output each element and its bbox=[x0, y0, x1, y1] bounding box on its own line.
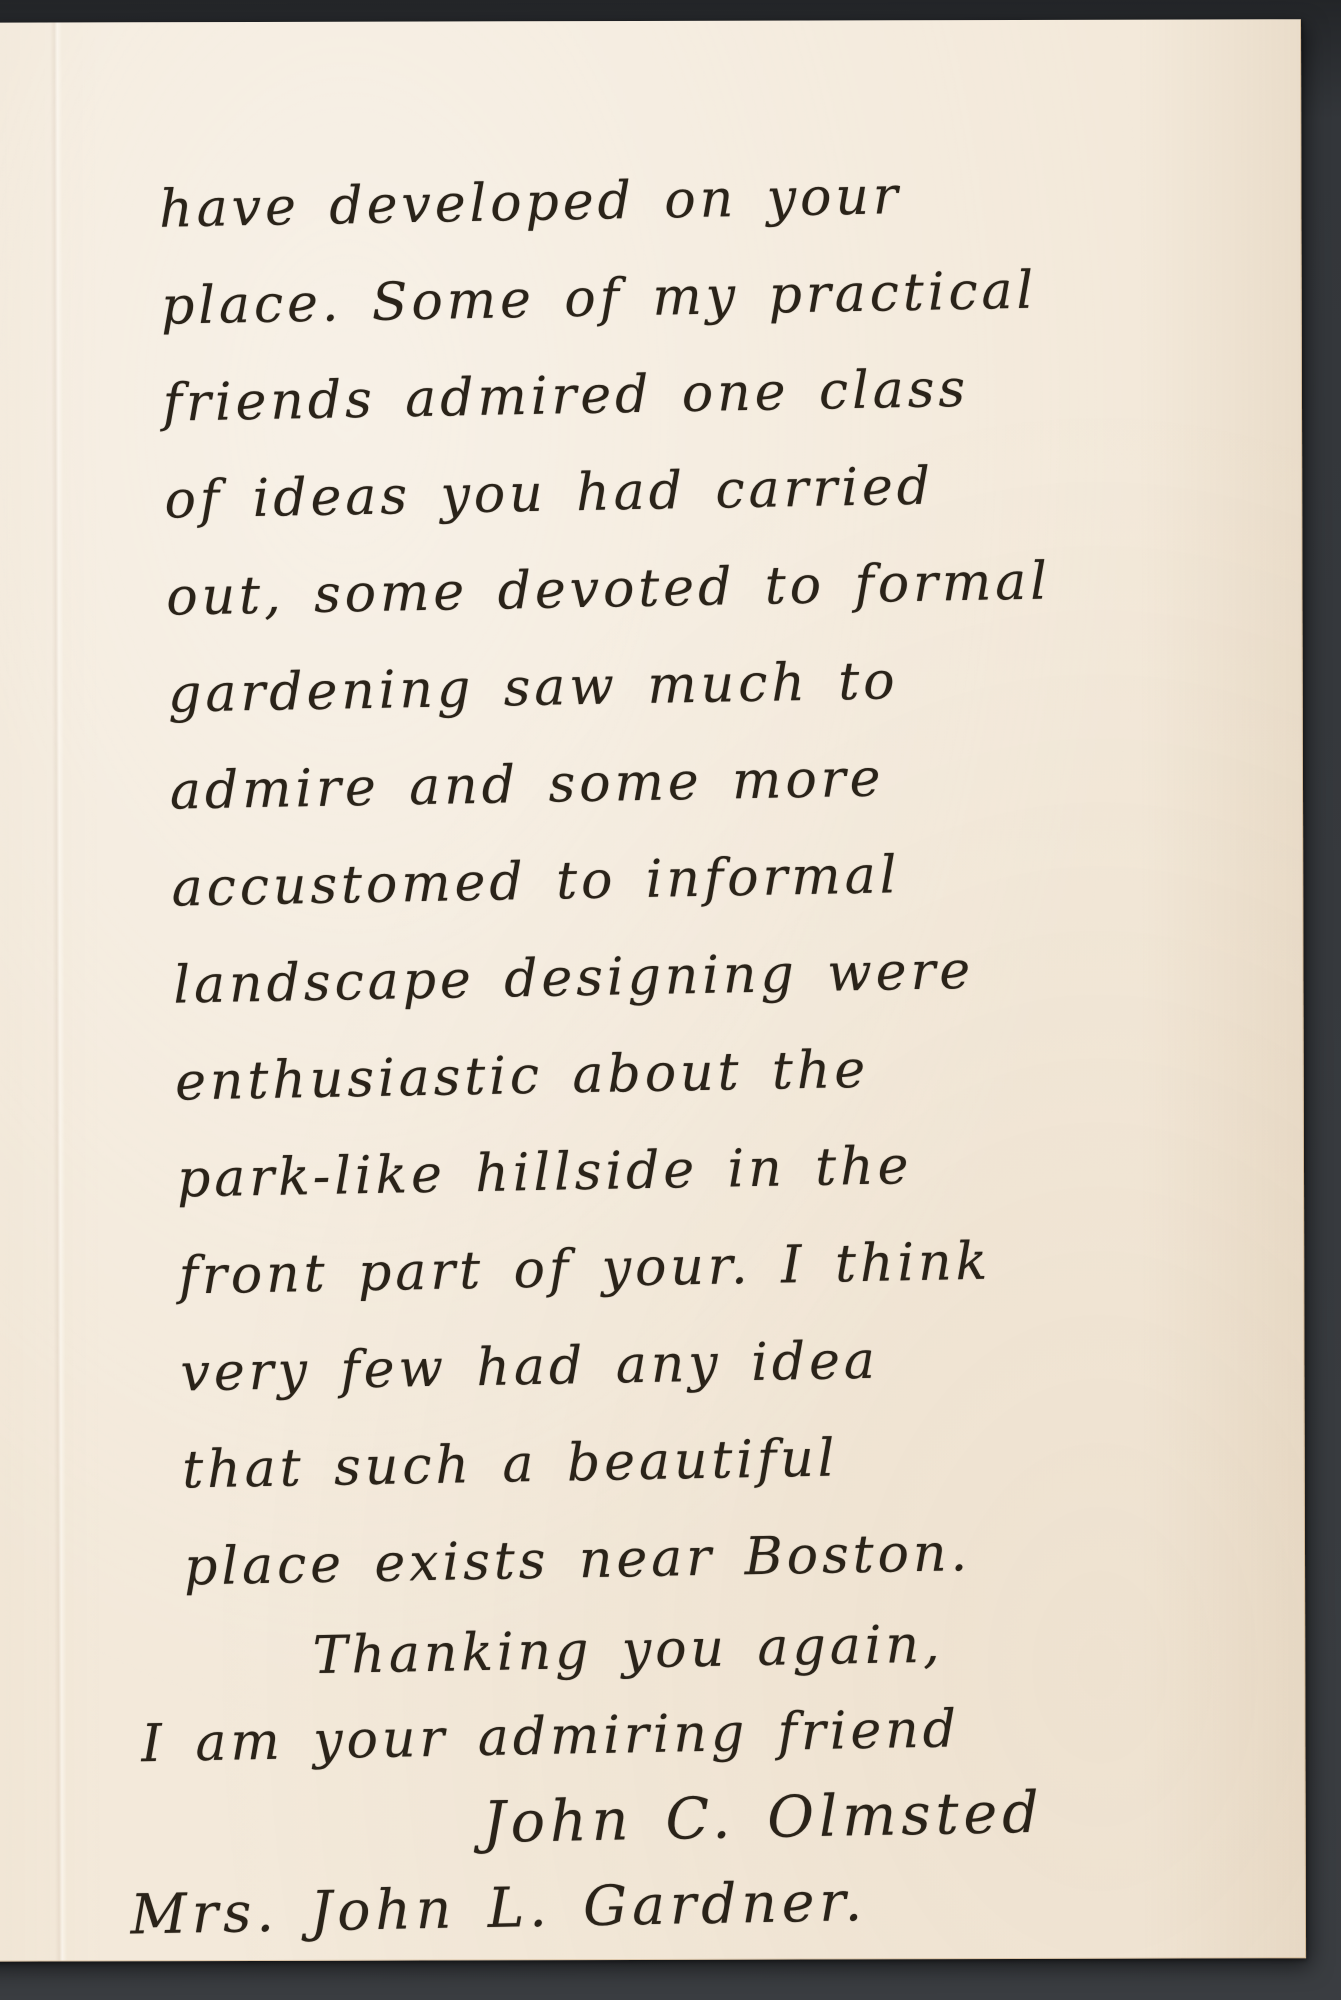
letter-text: have developed on yourplace. Some of my … bbox=[0, 142, 1273, 1959]
letter-page: have developed on yourplace. Some of my … bbox=[0, 19, 1306, 1962]
backdrop: have developed on yourplace. Some of my … bbox=[0, 0, 1341, 2000]
letter-line: John C. Olmsted bbox=[482, 1767, 1271, 1866]
letter-line: Mrs. John L. Gardner. bbox=[130, 1852, 1273, 1958]
